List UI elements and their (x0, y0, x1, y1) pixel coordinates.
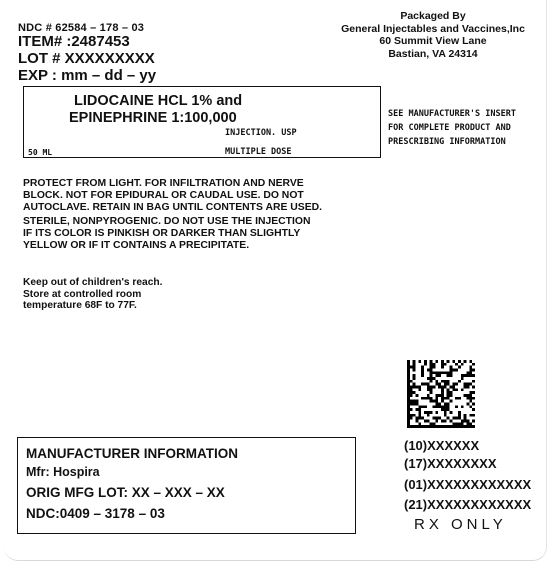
manufacturer-box: MANUFACTURER INFORMATION Mfr: Hospira OR… (17, 437, 356, 534)
insert-note-line3: PRESCRIBING INFORMATION (388, 135, 516, 149)
storage-text: Keep out of children's reach. Store at c… (23, 277, 162, 312)
manufacturer-title: MANUFACTURER INFORMATION (26, 446, 238, 461)
warning-line: AUTOCLAVE. RETAIN IN BAG UNTIL CONTENTS … (23, 202, 322, 214)
label-sheet: NDC # 62584 – 178 – 03 ITEM# :2487453 LO… (4, 0, 547, 561)
warning-line: YELLOW OR IF IT CONTAINS A PRECIPITATE. (23, 240, 322, 252)
lot-number: LOT # XXXXXXXXX (18, 50, 155, 67)
gs1-expiry: (17)XXXXXXXX (404, 456, 497, 471)
rx-only: RX ONLY (414, 516, 507, 533)
storage-line: Store at controlled room (23, 289, 162, 301)
warning-line: BLOCK. NOT FOR EPIDURAL OR CAUDAL USE. D… (23, 190, 322, 202)
packager-address-line2: Bastian, VA 24314 (322, 48, 544, 61)
gs1-lot: (10)XXXXXX (404, 438, 479, 453)
volume: 50 ML (28, 148, 52, 157)
gs1-gtin: (01)XXXXXXXXXXXX (404, 477, 531, 492)
packager-heading: Packaged By (322, 10, 544, 23)
packager-address-line1: 60 Summit View Lane (322, 35, 544, 48)
dose-type: MULTIPLE DOSE (225, 147, 292, 157)
dosage-form: INJECTION. USP (225, 128, 297, 138)
packager-info: Packaged By General Injectables and Vacc… (322, 10, 544, 60)
drug-name-line2: EPINEPHRINE 1:100,000 (69, 110, 242, 127)
insert-note-line2: FOR COMPLETE PRODUCT AND (388, 121, 516, 135)
storage-line: temperature 68F to 77F. (23, 300, 162, 312)
manufacturer-name: Mfr: Hospira (26, 465, 100, 479)
manufacturer-ndc: NDC:0409 – 3178 – 03 (26, 506, 165, 521)
drug-name: LIDOCAINE HCL 1% and EPINEPHRINE 1:100,0… (74, 93, 242, 127)
manufacturer-lot: ORIG MFG LOT: XX – XXX – XX (26, 485, 225, 500)
warning-line: IF ITS COLOR IS PINKISH OR DARKER THAN S… (23, 228, 322, 240)
expiration-date: EXP : mm – dd – yy (18, 67, 156, 84)
warning-line: PROTECT FROM LIGHT. FOR INFILTRATION AND… (23, 178, 322, 190)
warnings-text: PROTECT FROM LIGHT. FOR INFILTRATION AND… (23, 178, 322, 252)
gs1-serial: (21)XXXXXXXXXXXX (404, 497, 531, 512)
datamatrix-barcode-icon (406, 360, 476, 428)
insert-note: SEE MANUFACTURER'S INSERT FOR COMPLETE P… (388, 107, 516, 149)
warning-line: STERILE, NONPYROGENIC. DO NOT USE THE IN… (23, 216, 322, 228)
drug-name-line1: LIDOCAINE HCL 1% and (74, 93, 242, 109)
storage-line: Keep out of children's reach. (23, 277, 162, 289)
packager-company: General Injectables and Vaccines,Inc (322, 23, 544, 36)
insert-note-line1: SEE MANUFACTURER'S INSERT (388, 107, 516, 121)
item-number: ITEM# :2487453 (18, 33, 130, 50)
product-box: LIDOCAINE HCL 1% and EPINEPHRINE 1:100,0… (23, 86, 381, 158)
